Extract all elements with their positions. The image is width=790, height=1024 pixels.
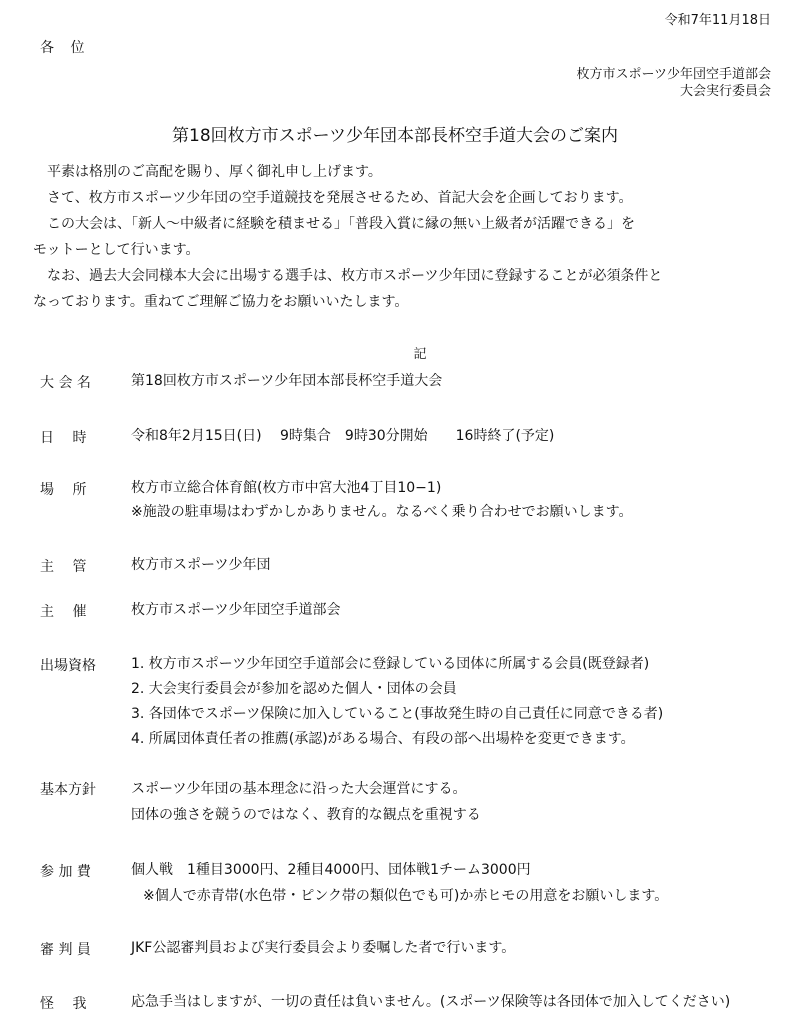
value-referee: JKF公認審判員および実行委員会より委嘱した者で行います。 (131, 936, 515, 960)
ki-heading: 記 (0, 343, 790, 362)
sender-committee: 大会実行委員会 (577, 83, 771, 100)
eligibility-item: 3. 各団体でスポーツ保険に加入していること(事故発生時の自己責任に同意できる者… (131, 702, 663, 727)
fee-note: ※個人で赤青帯(水色帯・ピンク帯の類似色でも可)か赤ヒモの用意をお願いします。 (143, 885, 668, 905)
eligibility-item: 2. 大会実行委員会が参加を認めた個人・団体の会員 (131, 677, 663, 702)
sender-block: 枚方市スポーツ少年団空手道部会 大会実行委員会 (577, 66, 771, 100)
value-injury: 応急手当はしますが、一切の責任は負いません。(スポーツ保険等は各団体で加入してく… (131, 990, 730, 1014)
label-policy: 基本方針 (40, 779, 96, 799)
policy-line: 団体の強さを競うのではなく、教育的な観点を重視する (131, 802, 481, 828)
intro-line: さて、枚方市スポーツ少年団の空手道競技を発展させるため、首記大会を企画しておりま… (33, 185, 662, 211)
policy-line: スポーツ少年団の基本理念に沿った大会運営にする。 (131, 776, 481, 802)
label-host: 主 催 (40, 601, 86, 621)
intro-line: 平素は格別のご高配を賜り、厚く御礼申し上げます。 (33, 159, 662, 185)
intro-line: なっております。重ねてご理解ご協力をお願いいたします。 (33, 289, 662, 315)
document-date: 令和7年11月18日 (665, 9, 771, 28)
intro-line: モットーとして行います。 (33, 237, 662, 263)
value-host: 枚方市スポーツ少年団空手道部会 (131, 598, 340, 622)
label-organizer: 主 管 (40, 556, 86, 576)
sender-organization: 枚方市スポーツ少年団空手道部会 (577, 66, 771, 83)
intro-line: この大会は、「新人～中級者に経験を積ませる」「普段入賞に縁の無い上級者が活躍でき… (33, 211, 662, 237)
label-eligibility: 出場資格 (40, 655, 96, 675)
intro-line: なお、過去大会同様本大会に出場する選手は、枚方市スポーツ少年団に登録することが必… (33, 263, 662, 289)
value-datetime: 令和8年2月15日(日) 9時集合 9時30分開始 16時終了(予定) (131, 424, 554, 448)
recipient: 各 位 (40, 37, 90, 57)
policy-lines: スポーツ少年団の基本理念に沿った大会運営にする。 団体の強さを競うのではなく、教… (131, 776, 481, 828)
eligibility-item: 4. 所属団体責任者の推薦(承認)がある場合、有段の部へ出場枠を変更できます。 (131, 727, 663, 752)
value-venue: 枚方市立総合体育館(枚方市中宮大池4丁目10−1) ※施設の駐車場はわずかしかあ… (131, 476, 632, 524)
label-venue: 場 所 (40, 479, 86, 499)
value-organizer: 枚方市スポーツ少年団 (131, 553, 270, 577)
intro-paragraph: 平素は格別のご高配を賜り、厚く御礼申し上げます。 さて、枚方市スポーツ少年団の空… (33, 159, 662, 315)
value-event-name: 第18回枚方市スポーツ少年団本部長杯空手道大会 (131, 369, 442, 393)
value-fee: 個人戦 1種目3000円、2種目4000円、団体戦1チーム3000円 (131, 858, 531, 882)
eligibility-list: 1. 枚方市スポーツ少年団空手道部会に登録している団体に所属する会員(既登録者)… (131, 652, 663, 752)
venue-address: 枚方市立総合体育館(枚方市中宮大池4丁目10−1) (131, 476, 632, 500)
label-fee: 参 加 費 (40, 861, 91, 881)
venue-parking-note: ※施設の駐車場はわずかしかありません。なるべく乗り合わせでお願いします。 (131, 500, 632, 524)
label-datetime: 日 時 (40, 427, 86, 447)
label-injury: 怪 我 (40, 993, 86, 1013)
eligibility-item: 1. 枚方市スポーツ少年団空手道部会に登録している団体に所属する会員(既登録者) (131, 652, 663, 677)
label-event-name: 大 会 名 (40, 372, 91, 392)
label-referee: 審 判 員 (40, 939, 91, 959)
document-title: 第18回枚方市スポーツ少年団本部長杯空手道大会のご案内 (0, 121, 790, 146)
